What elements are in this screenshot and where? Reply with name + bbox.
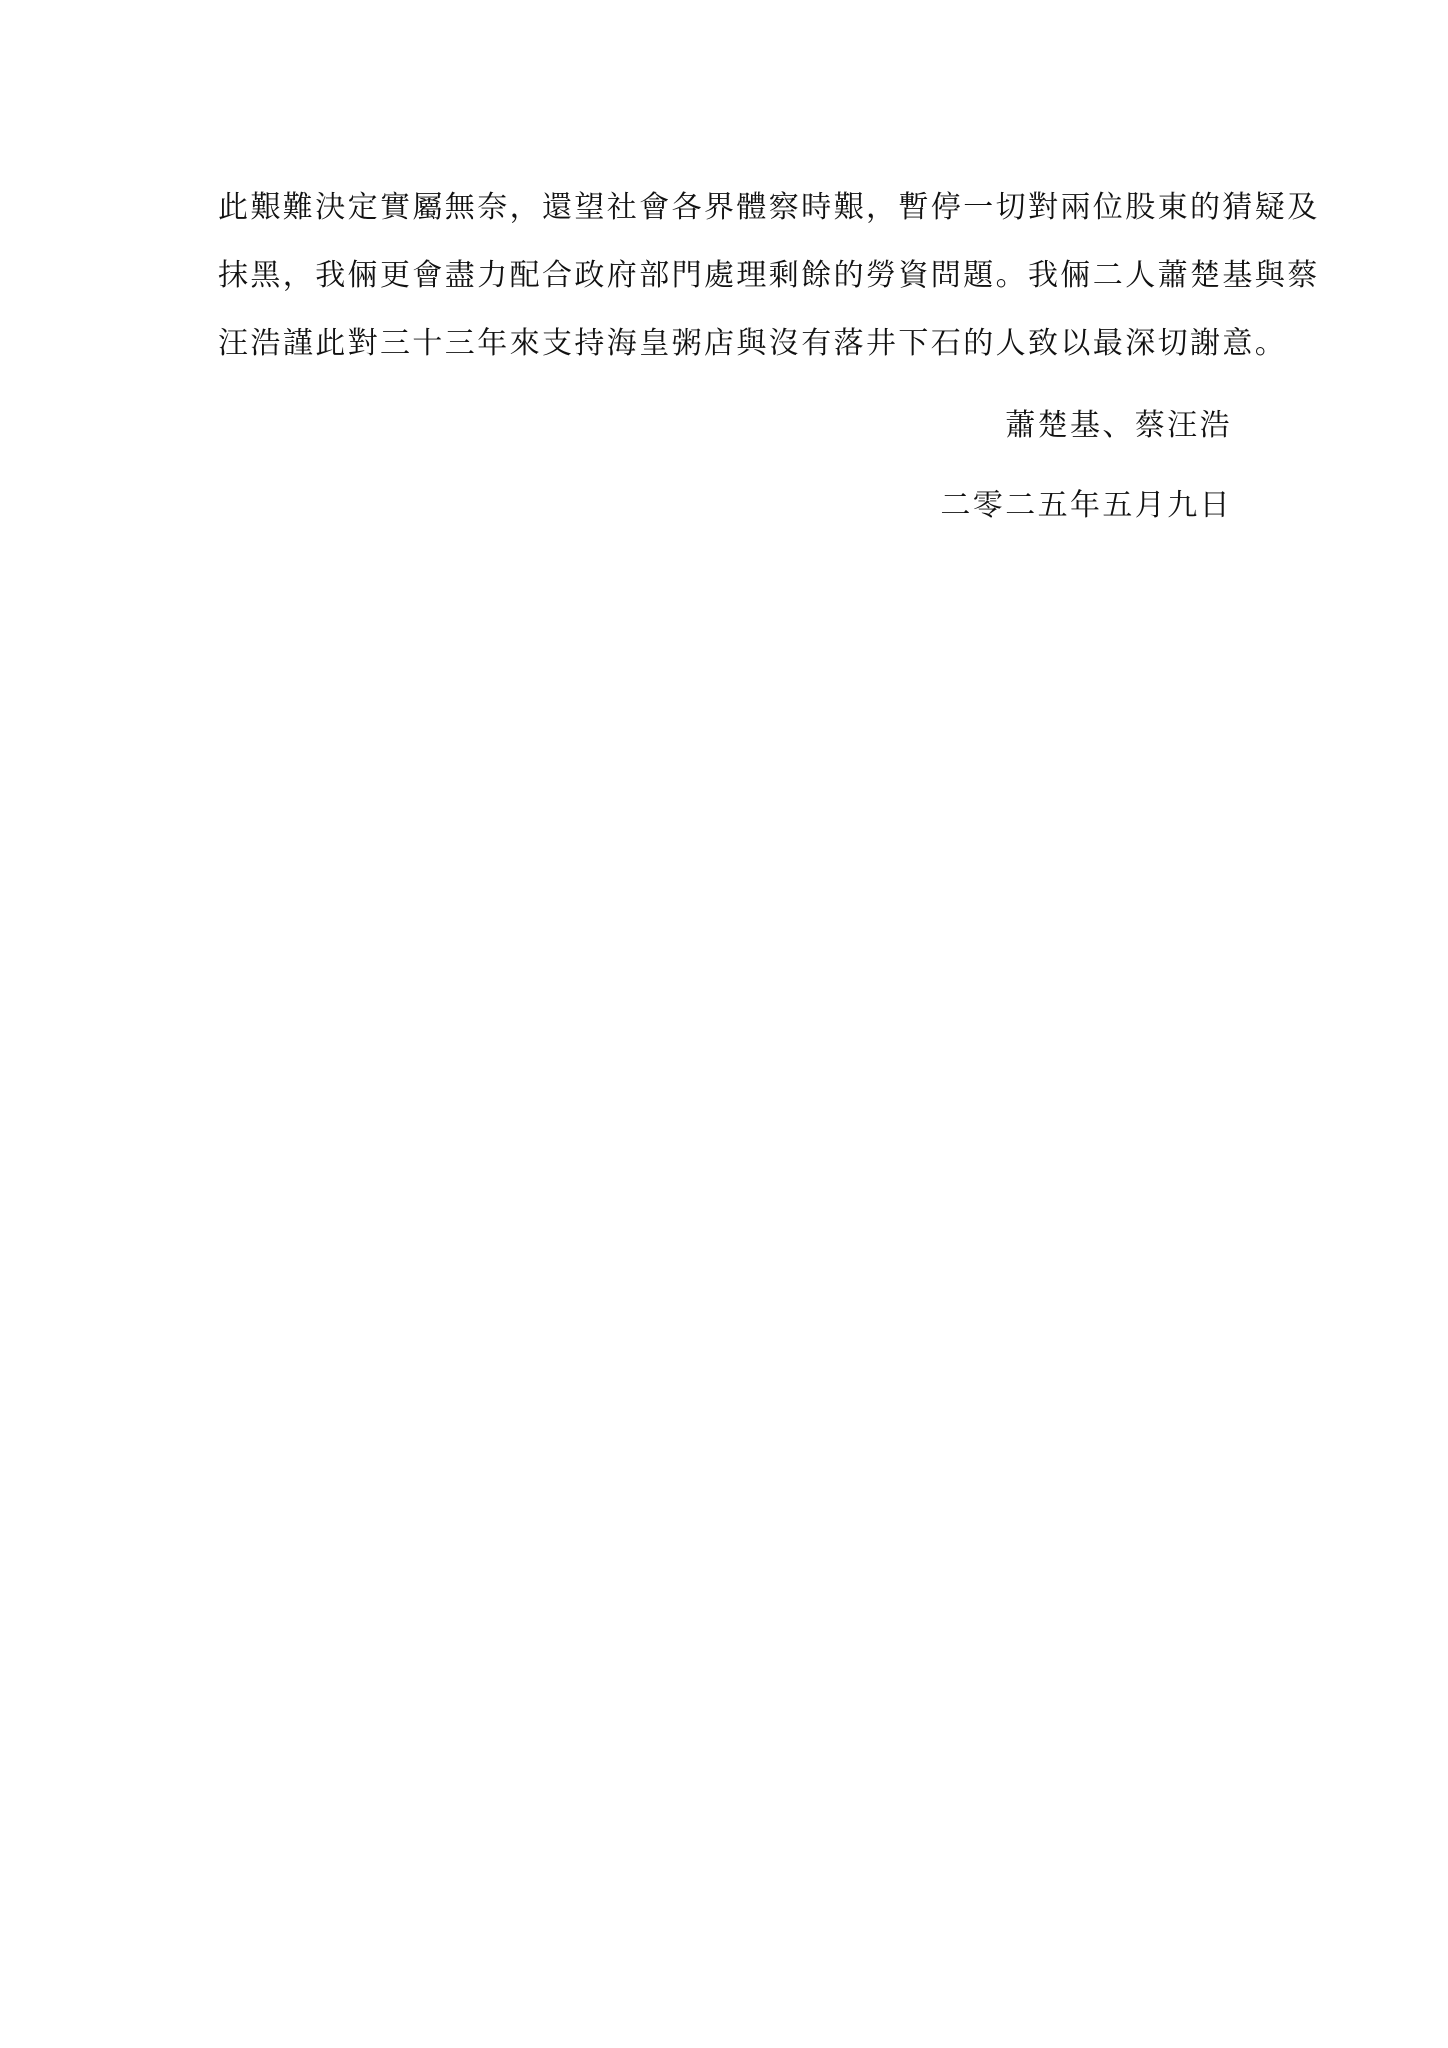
body-line-1: 此艱難決定實屬無奈，還望社會各界體察時艱，暫停一切對兩位股東的猜疑及 (218, 186, 1232, 254)
body-line-2: 抹黑，我倆更會盡力配合政府部門處理剩餘的勞資問題。我倆二人蕭楚基與蔡 (218, 254, 1232, 322)
date: 二零二五年五月九日 (940, 484, 1232, 528)
signature: 蕭楚基、蔡汪浩 (1005, 404, 1232, 448)
body-line-3: 汪浩謹此對三十三年來支持海皇粥店與沒有落井下石的人致以最深切謝意。 (218, 322, 1232, 390)
statement-body: 此艱難決定實屬無奈，還望社會各界體察時艱，暫停一切對兩位股東的猜疑及 抹黑，我倆… (218, 186, 1232, 390)
document-page: 此艱難決定實屬無奈，還望社會各界體察時艱，暫停一切對兩位股東的猜疑及 抹黑，我倆… (0, 0, 1448, 2048)
